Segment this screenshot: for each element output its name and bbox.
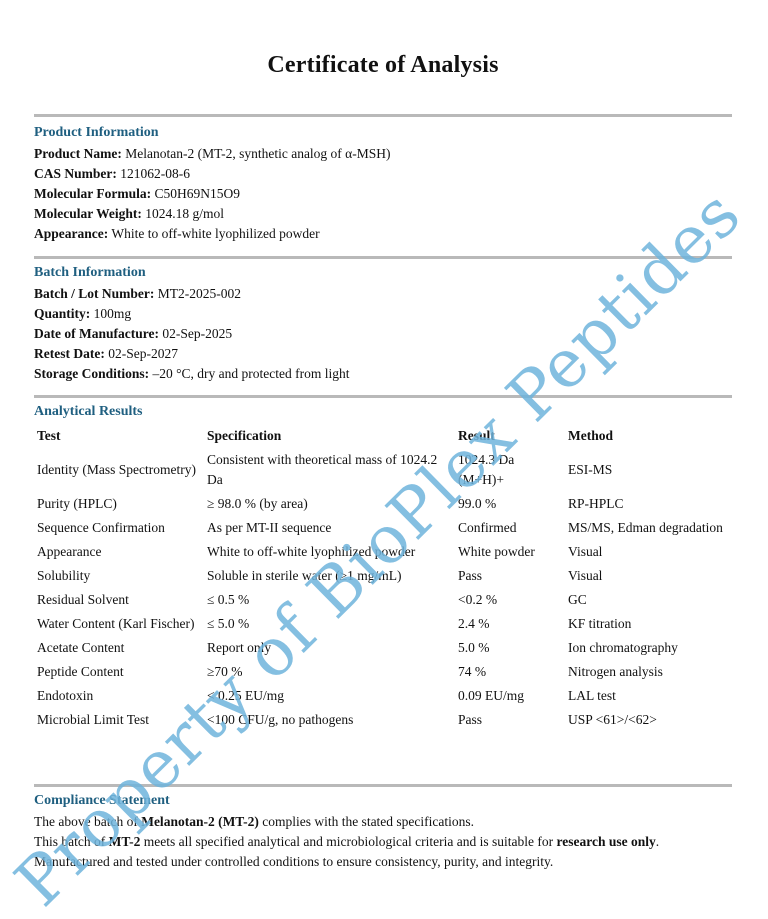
field-value: 121062-08-6 xyxy=(120,166,190,181)
table-header-row: Test Specification Result Method xyxy=(34,424,732,448)
field-label: CAS Number: xyxy=(34,166,117,181)
table-row: Microbial Limit Test<100 CFU/g, no patho… xyxy=(34,708,732,732)
cell-method: Ion chromatography xyxy=(565,636,732,660)
compliance-statement: The above batch of Melanotan-2 (MT-2) co… xyxy=(34,812,732,872)
product-information-heading: Product Information xyxy=(34,125,159,141)
cell-result: 74 % xyxy=(455,660,565,684)
cell-specification: As per MT-II sequence xyxy=(204,516,455,540)
field-value: 1024.18 g/mol xyxy=(145,206,224,221)
compliance-line-2: This batch of MT-2 meets all specified a… xyxy=(34,832,732,872)
cell-specification: Report only xyxy=(204,636,455,660)
field-label: Retest Date: xyxy=(34,346,105,361)
cell-result: Confirmed xyxy=(455,516,565,540)
cell-specification: Consistent with theoretical mass of 1024… xyxy=(204,448,455,492)
field-value: 02-Sep-2025 xyxy=(162,326,232,341)
field-label: Product Name: xyxy=(34,146,122,161)
cell-result: White powder xyxy=(455,540,565,564)
cell-test: Sequence Confirmation xyxy=(34,516,204,540)
field-row: Storage Conditions: –20 °C, dry and prot… xyxy=(34,364,350,384)
page-title: Certificate of Analysis xyxy=(34,52,732,79)
cell-test: Water Content (Karl Fischer) xyxy=(34,612,204,636)
field-label: Molecular Formula: xyxy=(34,186,151,201)
field-label: Batch / Lot Number: xyxy=(34,286,154,301)
cell-specification: ≥70 % xyxy=(204,660,455,684)
cell-result: <0.2 % xyxy=(455,588,565,612)
cell-method: USP <61>/<62> xyxy=(565,708,732,732)
cell-method: Visual xyxy=(565,564,732,588)
field-row: Quantity: 100mg xyxy=(34,304,131,324)
cell-test: Peptide Content xyxy=(34,660,204,684)
field-label: Molecular Weight: xyxy=(34,206,142,221)
cell-method: GC xyxy=(565,588,732,612)
cell-test: Solubility xyxy=(34,564,204,588)
compliance-line-1: The above batch of Melanotan-2 (MT-2) co… xyxy=(34,812,732,832)
field-value: 100mg xyxy=(94,306,132,321)
table-row: Water Content (Karl Fischer)≤ 5.0 %2.4 %… xyxy=(34,612,732,636)
cell-specification: White to off-white lyophilized powder xyxy=(204,540,455,564)
table-row: Purity (HPLC)≥ 98.0 % (by area)99.0 %RP-… xyxy=(34,492,732,516)
table-row: SolubilitySoluble in sterile water (≥1 m… xyxy=(34,564,732,588)
field-row: Appearance: White to off-white lyophiliz… xyxy=(34,224,320,244)
cell-test: Microbial Limit Test xyxy=(34,708,204,732)
table-row: Residual Solvent≤ 0.5 %<0.2 %GC xyxy=(34,588,732,612)
field-value: –20 °C, dry and protected from light xyxy=(153,366,350,381)
field-value: 02-Sep-2027 xyxy=(108,346,178,361)
cell-specification: <100 CFU/g, no pathogens xyxy=(204,708,455,732)
cell-specification: Soluble in sterile water (≥1 mg/mL) xyxy=(204,564,455,588)
cell-result: 0.09 EU/mg xyxy=(455,684,565,708)
cell-method: Visual xyxy=(565,540,732,564)
cell-test: Purity (HPLC) xyxy=(34,492,204,516)
field-label: Storage Conditions: xyxy=(34,366,149,381)
field-row: CAS Number: 121062-08-6 xyxy=(34,164,190,184)
cell-method: RP-HPLC xyxy=(565,492,732,516)
cell-result: 1024.3 Da (M+H)+ xyxy=(455,448,565,492)
analytical-results-heading: Analytical Results xyxy=(34,404,143,420)
field-label: Quantity: xyxy=(34,306,90,321)
field-label: Date of Manufacture: xyxy=(34,326,159,341)
field-value: MT2-2025-002 xyxy=(158,286,241,301)
analytical-results-table: Test Specification Result Method Identit… xyxy=(34,424,732,732)
field-row: Molecular Formula: C50H69N15O9 xyxy=(34,184,240,204)
cell-result: Pass xyxy=(455,564,565,588)
cell-specification: ≥ 98.0 % (by area) xyxy=(204,492,455,516)
cell-method: MS/MS, Edman degradation xyxy=(565,516,732,540)
compliance-heading: Compliance Statement xyxy=(34,793,170,809)
cell-method: Nitrogen analysis xyxy=(565,660,732,684)
column-header-test: Test xyxy=(34,424,204,448)
cell-method: KF titration xyxy=(565,612,732,636)
cell-specification: ≤ 5.0 % xyxy=(204,612,455,636)
field-value: Melanotan-2 (MT-2, synthetic analog of α… xyxy=(125,146,390,161)
cell-specification: ≤ 0.5 % xyxy=(204,588,455,612)
cell-method: ESI-MS xyxy=(565,448,732,492)
table-row: Acetate ContentReport only5.0 %Ion chrom… xyxy=(34,636,732,660)
cell-test: Identity (Mass Spectrometry) xyxy=(34,448,204,492)
column-header-specification: Specification xyxy=(204,424,455,448)
field-row: Product Name: Melanotan-2 (MT-2, synthet… xyxy=(34,144,391,164)
divider xyxy=(34,395,732,398)
cell-result: 2.4 % xyxy=(455,612,565,636)
cell-result: 99.0 % xyxy=(455,492,565,516)
field-value: C50H69N15O9 xyxy=(154,186,240,201)
cell-test: Residual Solvent xyxy=(34,588,204,612)
field-row: Date of Manufacture: 02-Sep-2025 xyxy=(34,324,232,344)
field-row: Batch / Lot Number: MT2-2025-002 xyxy=(34,284,241,304)
cell-method: LAL test xyxy=(565,684,732,708)
table-row: Peptide Content≥70 %74 %Nitrogen analysi… xyxy=(34,660,732,684)
field-row: Molecular Weight: 1024.18 g/mol xyxy=(34,204,224,224)
table-row: Endotoxin< 0.25 EU/mg0.09 EU/mgLAL test xyxy=(34,684,732,708)
cell-specification: < 0.25 EU/mg xyxy=(204,684,455,708)
divider xyxy=(34,114,732,117)
divider xyxy=(34,784,732,787)
field-label: Appearance: xyxy=(34,226,108,241)
cell-result: Pass xyxy=(455,708,565,732)
cell-result: 5.0 % xyxy=(455,636,565,660)
divider xyxy=(34,256,732,259)
cell-test: Endotoxin xyxy=(34,684,204,708)
table-row: Sequence ConfirmationAs per MT-II sequen… xyxy=(34,516,732,540)
cell-test: Appearance xyxy=(34,540,204,564)
table-row: Identity (Mass Spectrometry)Consistent w… xyxy=(34,448,732,492)
field-row: Retest Date: 02-Sep-2027 xyxy=(34,344,178,364)
cell-test: Acetate Content xyxy=(34,636,204,660)
column-header-result: Result xyxy=(455,424,565,448)
table-row: AppearanceWhite to off-white lyophilized… xyxy=(34,540,732,564)
column-header-method: Method xyxy=(565,424,732,448)
field-value: White to off-white lyophilized powder xyxy=(111,226,319,241)
batch-information-heading: Batch Information xyxy=(34,265,146,281)
